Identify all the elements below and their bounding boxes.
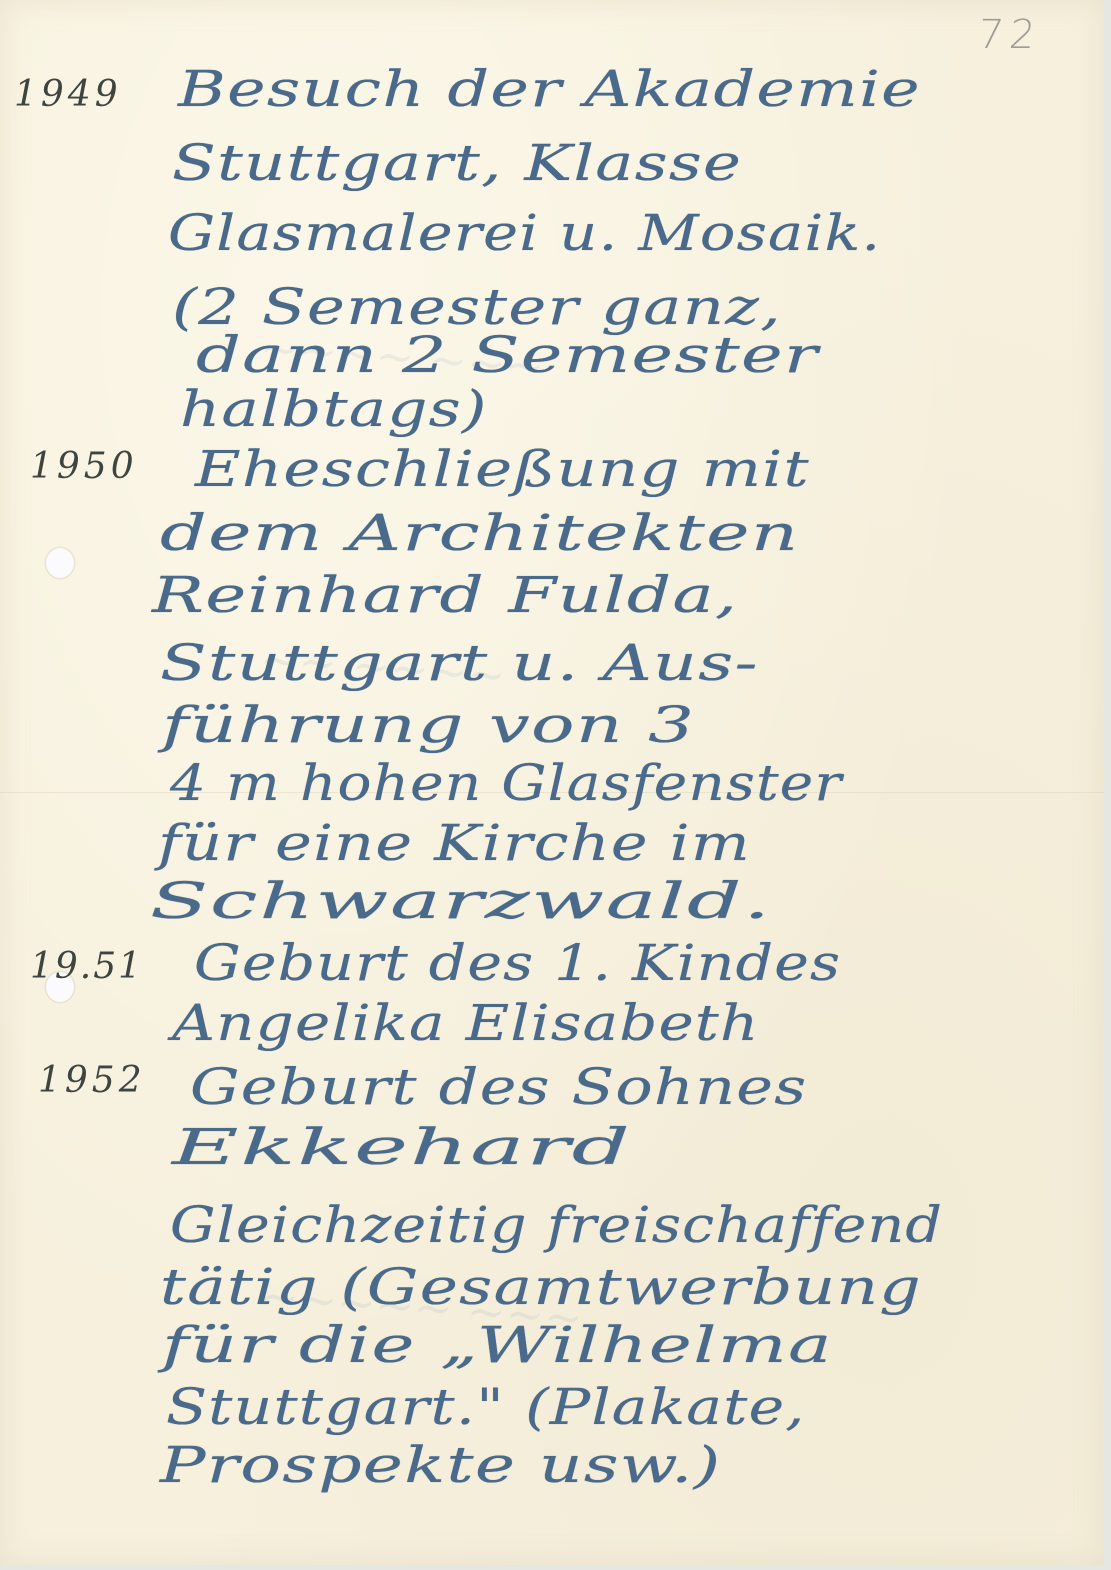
- entry-line: Schwarzwald.: [150, 876, 772, 926]
- punch-hole: [46, 548, 74, 578]
- entry-line: für eine Kirche im: [158, 818, 751, 868]
- entry-line: Besuch der Akademie: [178, 64, 921, 114]
- entry-line: für die „Wilhelma: [162, 1320, 833, 1370]
- entry-line: (2 Semester ganz,: [172, 282, 782, 332]
- entry-line: Stuttgart u. Aus-: [160, 638, 759, 688]
- entry-line: Geburt des 1. Kindes: [194, 938, 841, 988]
- entry-year: 1949: [14, 74, 122, 115]
- entry-line: Glasmalerei u. Mosaik.: [168, 208, 881, 258]
- entry-line: 4 m hohen Glasfenster: [170, 758, 843, 808]
- entry-line: Angelika Elisabeth: [172, 998, 760, 1048]
- page-number: 72: [976, 12, 1044, 58]
- entry-line: Stuttgart, Klasse: [172, 138, 742, 188]
- entry-line: tätig (Gesamtwerbung: [160, 1262, 922, 1312]
- entry-line: Eheschließung mit: [195, 444, 810, 494]
- entry-line: halbtags): [180, 384, 488, 434]
- entry-line: führung von 3: [162, 700, 695, 750]
- entry-year: 1950: [30, 446, 138, 487]
- entry-line: Stuttgart." (Plakate,: [166, 1382, 806, 1432]
- entry-year: 19.51: [30, 946, 143, 987]
- entry-line: Prospekte usw.): [160, 1440, 721, 1490]
- entry-line: Gleichzeitig freischaffend: [170, 1200, 943, 1250]
- entry-year: 1952: [38, 1060, 146, 1101]
- entry-line: dann 2 Semester: [196, 330, 819, 380]
- entry-line: Reinhard Fulda,: [152, 570, 738, 620]
- entry-line: dem Architekten: [160, 508, 799, 558]
- entry-line: Ekkehard: [172, 1122, 632, 1172]
- handwritten-page: ∽∽∽ ∽∽∽∽ ∽∽∽∽ ∽∽ ∽∽∽ ∽∽∽∽∽ 72 1949 Besuc…: [0, 0, 1104, 1565]
- entry-line: Geburt des Sohnes: [190, 1062, 807, 1112]
